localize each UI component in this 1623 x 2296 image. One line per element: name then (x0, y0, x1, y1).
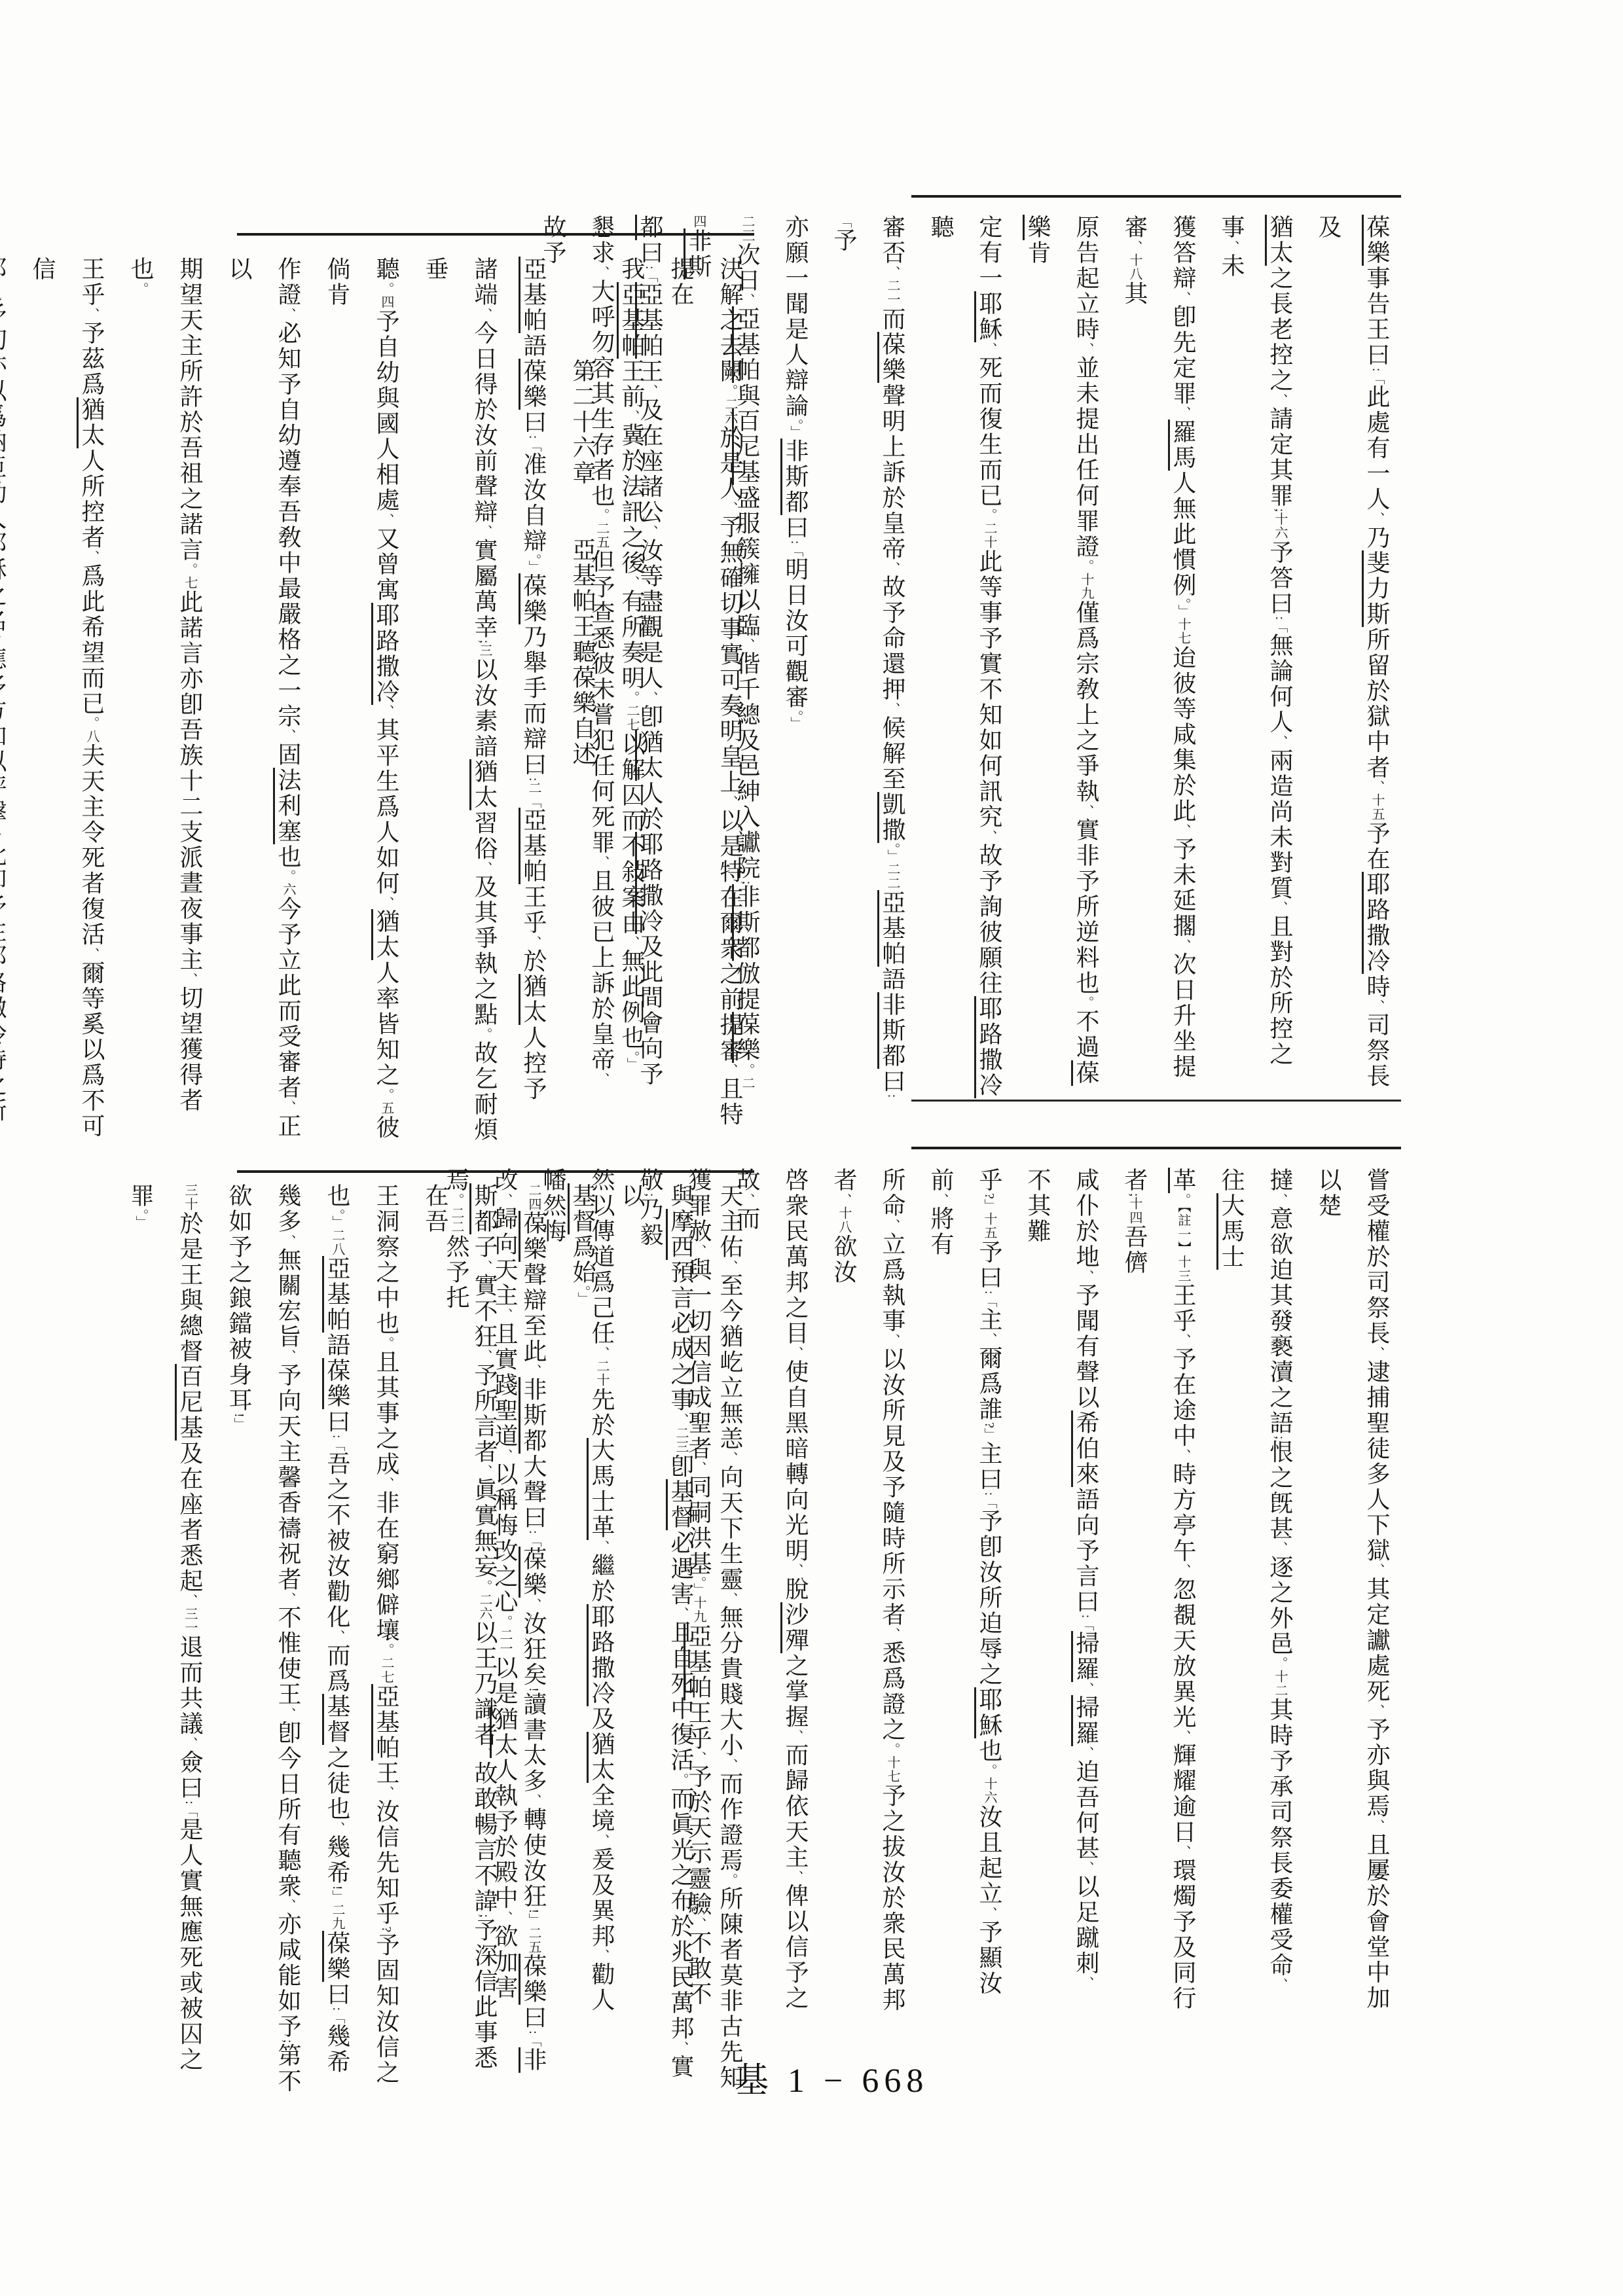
proper-name: 葆樂 (519, 359, 547, 410)
proper-name: 希伯來 (1071, 1410, 1099, 1487)
punctuation: 、 (723, 1260, 737, 1273)
punctuation: 、 (885, 266, 900, 279)
punctuation: 、 (885, 1334, 900, 1347)
proper-name: 法利塞 (273, 768, 301, 844)
proper-name: 亞基帕 (371, 1684, 399, 1761)
punctuation: ! (232, 1413, 246, 1418)
punctuation: 、 (1079, 1976, 1093, 1989)
punctuation: 、 (84, 308, 99, 321)
text-column: 嘗受權於司祭長、逮捕聖徒多人下獄、其定讞處死、予亦與焉、且屢於會堂中加以楚 (1304, 1168, 1401, 2013)
punctuation: 、 (477, 525, 492, 538)
text-column: 耶?九予初亦以爲納匝勒人耶穌之名、應多方加以抨擊;十此卽予在耶路撒冷時之所行也。 (0, 257, 18, 1143)
punctuation: 、 (788, 1346, 803, 1359)
proper-name: 非斯都 (519, 1377, 547, 1454)
text-column: 二四葆樂聲辯至此、非斯都大聲曰:「葆樂、汝狂矣!讀書太多、轉使汝狂!」二五葆樂曰… (509, 1183, 558, 2094)
punctuation: 、 (723, 501, 737, 514)
punctuation: 、 (625, 936, 639, 949)
proper-name: 沙殫 (780, 1602, 809, 1653)
punctuation: 、 (1176, 1845, 1190, 1858)
text-column: 決解之去闕。二六於是人、予無確切事實可奏明皇上、以是特在爾衆之前提審、且特提在 (656, 257, 754, 1143)
punctuation: 、 (1079, 1270, 1093, 1283)
punctuation: 。 (625, 1051, 639, 1058)
punctuation: 、 (1273, 1541, 1287, 1554)
punctuation: 」 (134, 1215, 148, 1229)
punctuation: : (885, 1094, 900, 1098)
proper-name: 耶穌 (974, 1687, 1002, 1738)
punctuation: ; (1273, 1436, 1287, 1440)
proper-name: 葆樂 (322, 1931, 350, 1982)
page-block-bottom-left: 天主佑、至今猶屹立無恙、向天下生靈、無分貴賤大小、而作證焉。所陳者莫非古先知與摩… (237, 1170, 754, 2094)
proper-name: 耶穌 (974, 291, 1002, 342)
punctuation: 、 (1176, 824, 1190, 837)
text-column: 乎?」十五予曰:「主、爾爲誰?」主曰:「予卽汝所迫辱之耶穌也。十六汝且起立、予顯… (917, 1168, 1013, 2013)
verse-number: 二二 (885, 862, 900, 889)
punctuation: ? (379, 1927, 393, 1933)
punctuation: 、 (1370, 1564, 1384, 1577)
verse-number: 十四 (1127, 1197, 1142, 1225)
punctuation: 」 (330, 1890, 344, 1903)
punctuation: 。 (788, 710, 803, 717)
punctuation: 」 (575, 1292, 590, 1305)
text-column: 欲如予之鋃鐺被身耳!」 (214, 1183, 263, 2094)
text-column: 三十於是王與總督百尼基及在座者悉起、三一退而共議、僉曰:「是人實無應死或被囚之罪… (116, 1183, 214, 2094)
text-column: 咸仆於地、予聞有聲以希伯來語向予言曰:「掃羅、掃羅、迫吾何甚、以足蹴刺、不其難 (1013, 1168, 1110, 2013)
punctuation: 、 (1370, 999, 1384, 1013)
punctuation: 。 (575, 1285, 590, 1292)
verse-number: 十 (0, 829, 1, 842)
punctuation: 、 (1079, 804, 1093, 817)
proper-name: 革 (1168, 1168, 1196, 1193)
punctuation: 「 (526, 795, 541, 808)
proper-name: 耶路撒冷 (974, 996, 1002, 1098)
punctuation: 、 (281, 1899, 295, 1912)
text-column: 審否、二一而葆樂聲明上訴於皇帝、故予命還押、候解至凱撒。」二二亞基帕語非斯都曰:… (820, 215, 917, 1100)
punctuation: 。 (788, 419, 803, 425)
proper-name: 猶太 (371, 909, 399, 960)
punctuation: 。 (477, 1028, 492, 1041)
text-column: 斯都子、實不狂、予所言者、眞實無妄。二六以王乃識者、故敢暢言不諱;予深信此事悉在… (410, 1183, 509, 2094)
punctuation: 。 (379, 282, 393, 295)
punctuation: 、 (1176, 291, 1190, 304)
verse-number: 十五 (982, 1212, 996, 1240)
punctuation: 、 (1176, 1564, 1190, 1577)
punctuation: 、 (477, 1748, 492, 1761)
punctuation: 、 (723, 1758, 737, 1771)
punctuation: ! (330, 1886, 344, 1890)
verse-number: 八 (84, 729, 99, 743)
verse-number: 六 (281, 882, 295, 896)
punctuation: 、 (674, 1413, 688, 1426)
punctuation: 。 (379, 1643, 393, 1657)
punctuation: 、 (477, 1260, 492, 1273)
punctuation: 、 (1079, 1746, 1093, 1759)
punctuation: ; (477, 1914, 492, 1918)
proper-name: 掃羅 (1071, 1631, 1099, 1682)
punctuation: 、 (723, 1452, 737, 1465)
punctuation: 、 (477, 1465, 492, 1478)
punctuation: 、 (1370, 512, 1384, 525)
punctuation: 。 (379, 1088, 393, 1101)
verse-number: 二九 (330, 1903, 344, 1930)
proper-name: 耶路撒冷 (371, 603, 399, 705)
text-column: 獲答辯、卽先定罪、羅馬人無此慣例。」十七迨彼等咸集於此、予未延擱、次日升坐提審、… (1110, 215, 1207, 1100)
proper-name: 猶太 (469, 759, 498, 810)
proper-name: 耶路撒冷 (0, 944, 7, 1047)
verse-number: 【註一】十三 (1176, 1206, 1190, 1283)
punctuation: 、 (837, 1193, 851, 1206)
punctuation: 、 (982, 342, 996, 355)
verse-number: 十八 (1127, 253, 1142, 281)
verse-number: 十六 (1273, 512, 1287, 539)
punctuation: 、 (84, 550, 99, 564)
punctuation: 、 (183, 1594, 197, 1607)
verse-number: 十七 (1176, 617, 1190, 645)
punctuation: 。 (625, 691, 639, 704)
punctuation: 、 (379, 705, 393, 718)
proper-name: 葆樂 (877, 332, 905, 383)
punctuation: 、 (885, 1219, 900, 1232)
proper-name: 摩西 (666, 1209, 694, 1260)
verse-number: 二十 (982, 522, 996, 549)
punctuation: 」 (526, 560, 541, 573)
punctuation: 、 (788, 1730, 803, 1743)
proper-name: 葆樂 (519, 573, 547, 624)
verse-number: 二 (526, 781, 541, 795)
text-column: 幾多、無關宏旨、予向天主馨香禱祝者、不惟使王、卽今日所有聽衆、亦咸能如予;第不 (263, 1183, 312, 2094)
verse-number: 十八 (837, 1206, 851, 1234)
verse-number: 二七 (625, 704, 639, 731)
punctuation: 、 (1370, 1819, 1384, 1832)
punctuation: 、 (477, 1350, 492, 1363)
proper-name: 猶太 (77, 397, 105, 448)
text-column: 亞基帕語葆樂曰:「准汝自辯。」葆樂乃舉手而辯曰:二「亞基帕王乎、於猶太人控予 (509, 257, 558, 1143)
proper-name: 斐力斯 (1362, 550, 1390, 627)
punctuation: 、 (1079, 1861, 1093, 1874)
punctuation: 、 (1273, 735, 1287, 748)
verse-number: 十五 (1370, 793, 1384, 821)
punctuation: 、 (1176, 406, 1190, 420)
proper-name: 百尼基 (175, 1364, 203, 1441)
scanned-page: 葆樂事告王曰:「此處有一人、乃斐力斯所留於獄中者、十五予在耶路撒冷時、司祭長及猶… (0, 0, 1623, 2296)
punctuation: 、 (1176, 1730, 1190, 1743)
punctuation: 「 (788, 544, 803, 557)
verse-number: 三十 (183, 1183, 197, 1211)
verse-number: 二六 (723, 397, 737, 425)
punctuation: 、 (281, 308, 295, 321)
proper-name: 亞基帕 (617, 282, 645, 359)
punctuation: 。 (84, 717, 99, 730)
punctuation: 、 (1176, 1448, 1190, 1462)
verse-number: 二八 (330, 1229, 344, 1256)
verse-number: 二四 (526, 1183, 541, 1211)
proper-name: 亞基帕 (519, 257, 547, 333)
punctuation: 。 (134, 1209, 148, 1215)
punctuation: 、 (1273, 1193, 1287, 1206)
proper-name: 葆樂 (322, 1358, 350, 1409)
text-column: 聽。四予自幼與國人相處、又曾寓耶路撒冷、其平生爲人如何、猶太人率皆知之。五彼倘肯 (312, 257, 410, 1143)
punctuation: 、 (885, 702, 900, 715)
punctuation: 。 (723, 384, 737, 397)
proper-name: 葆樂 (519, 1954, 547, 2005)
verse-number: 二五 (526, 1926, 541, 1954)
punctuation: 、 (788, 1870, 803, 1883)
punctuation: 、 (982, 1333, 996, 1346)
punctuation: ? (982, 1193, 996, 1199)
punctuation: 」 (982, 1428, 996, 1441)
punctuation: 、 (477, 308, 492, 321)
proper-name: 耶路撒冷 (1362, 872, 1390, 974)
punctuation: 、 (723, 1592, 737, 1605)
page-number: 基 1 − 668 (735, 2053, 928, 2102)
punctuation: 、 (625, 576, 639, 589)
punctuation: 」 (982, 1199, 996, 1212)
punctuation: 。 (281, 870, 295, 883)
text-column: 期望天主所許於吾祖之諾言。七此諾言亦卽吾族十二支派晝夜事主、切望獲得者也。 (116, 257, 214, 1143)
punctuation: 。 (674, 1773, 688, 1786)
punctuation: 、 (379, 513, 393, 526)
verse-number: 二七 (379, 1656, 393, 1683)
punctuation: 、 (183, 973, 197, 986)
punctuation: 」 (526, 1913, 541, 1926)
verse-number: 十六 (982, 1777, 996, 1804)
punctuation: 、 (1079, 342, 1093, 355)
punctuation: 、 (281, 1101, 295, 1114)
punctuation: 「 (526, 2034, 541, 2047)
punctuation: 。 (1273, 1657, 1287, 1670)
text-column: 所命、立爲執事、以汝所見及予隨時所示者、悉爲證之。十七予之拔汝於衆民萬邦者、十八… (820, 1168, 917, 2013)
proper-name: 葆樂 (519, 1547, 547, 1598)
verse-number: 三 (477, 643, 492, 657)
text-column: 王乎、予茲爲猶太人所控者、爲此希望而已。八夫天主令死者復活、爾等奚以爲不可信 (18, 257, 116, 1143)
punctuation: 。 (134, 282, 148, 295)
punctuation: 、 (788, 1564, 803, 1577)
punctuation: 、 (674, 2041, 688, 2054)
punctuation: 。 (1176, 1193, 1190, 1206)
punctuation: 、 (1273, 1978, 1287, 1991)
punctuation: 、 (1370, 780, 1384, 793)
punctuation: 」 (232, 1418, 246, 1431)
verse-number: 二六 (477, 1592, 492, 1620)
proper-name: 納匝勒 (0, 429, 7, 506)
punctuation: 、 (1273, 393, 1287, 406)
punctuation: 。 (526, 554, 541, 560)
punctuation: 「 (330, 1439, 344, 1452)
punctuation: 「 (1370, 372, 1384, 385)
punctuation: 、 (379, 1786, 393, 1799)
text-column: 基督爲始。」 (558, 1183, 607, 2094)
proper-name: 亞基帕 (519, 808, 547, 884)
punctuation: 、 (1224, 240, 1239, 253)
proper-name: 葆樂 (1362, 215, 1390, 266)
proper-name: 非斯都 (780, 439, 809, 515)
punctuation: 、 (1176, 1334, 1190, 1347)
verse-number: 二一 (885, 279, 900, 306)
punctuation: 、 (674, 1607, 688, 1620)
punctuation: ? (982, 1422, 996, 1428)
punctuation: 、 (281, 1234, 295, 1247)
punctuation: 、 (1273, 901, 1287, 914)
verse-number: 九 (0, 288, 1, 302)
punctuation: 、 (0, 634, 1, 647)
proper-name: 亞基帕 (322, 1256, 350, 1333)
punctuation: 、 (1370, 1704, 1384, 1717)
punctuation: 、 (183, 1736, 197, 1749)
punctuation: 。 (330, 1209, 344, 1215)
punctuation: 「 (837, 215, 851, 228)
proper-name: 掃羅 (1071, 1695, 1099, 1746)
punctuation: 、 (379, 1477, 393, 1490)
text-column: 撻、意欲迫其發褻瀆之語;恨之旣甚、逐之外邑。十二其時予承司祭長委權受命、往大馬士 (1207, 1168, 1304, 2013)
punctuation: 、 (723, 1064, 737, 1077)
page-block-top-right: 葆樂事告王曰:「此處有一人、乃斐力斯所留於獄中者、十五予在耶路撒冷時、司祭長及猶… (911, 195, 1401, 1102)
punctuation: 、 (723, 795, 737, 808)
punctuation: 、 (281, 1350, 295, 1363)
text-column: 原告起立時、並未提出任何罪證。十九僅爲宗敎上之爭執、實非予所逆料也。不過葆樂肯 (1013, 215, 1110, 1100)
punctuation: 。 (982, 509, 996, 522)
punctuation: 。 (885, 843, 900, 850)
proper-name: 凱撒 (877, 792, 905, 843)
text-column: 猶太之長老控之、請定其罪;十六予答曰:「無論何人、兩造尚未對質、且對於所控之事、… (1207, 215, 1304, 1100)
proper-name: 猶太 (1265, 215, 1293, 266)
punctuation: 。 (477, 1579, 492, 1592)
punctuation: 、 (281, 729, 295, 742)
punctuation: 、 (526, 935, 541, 948)
verse-number: 七 (183, 576, 197, 590)
punctuation: 。 (183, 563, 197, 576)
punctuation: 、 (982, 1907, 996, 1920)
punctuation: 。 (1079, 560, 1093, 573)
verse-number: 三一 (183, 1607, 197, 1634)
verse-number: 十九 (1079, 573, 1093, 600)
proper-name: 基督 (322, 1694, 350, 1745)
punctuation: 」 (788, 717, 803, 730)
punctuation: 「 (330, 2011, 344, 2024)
punctuation: 「 (526, 1534, 541, 1547)
proper-name: 斯都 (469, 1183, 498, 1234)
punctuation: 、 (281, 1592, 295, 1605)
text-column: 亦願一聞是人辯論。」非斯都曰:「明日汝可觀審。」 (771, 215, 820, 1100)
punctuation: ! (526, 1687, 541, 1692)
punctuation: 。 (885, 1742, 900, 1755)
punctuation: 「 (1079, 1618, 1093, 1631)
punctuation: 」 (885, 850, 900, 863)
punctuation: 「 (982, 1496, 996, 1509)
punctuation: ; (281, 2039, 295, 2043)
punctuation: 。 (723, 1873, 737, 1886)
punctuation: 、 (1370, 1346, 1384, 1359)
punctuation: 、 (477, 861, 492, 874)
punctuation: 、 (625, 410, 639, 423)
proper-name: 耶穌 (0, 531, 7, 583)
punctuation: 。 (1079, 996, 1093, 1009)
page-block-bottom-right: 嘗受權於司祭長、逮捕聖徒多人下獄、其定讞處死、予亦與焉、且屢於會堂中加以楚撻、意… (911, 1147, 1401, 2013)
verse-number: 二三 (674, 1426, 688, 1454)
punctuation: 、 (934, 1193, 948, 1206)
text-column: 葆樂事告王曰:「此處有一人、乃斐力斯所留於獄中者、十五予在耶路撒冷時、司祭長及 (1304, 215, 1401, 1100)
text-column: 革。【註一】十三王乎、予在途中、時方亭午、忽覩天放異光、輝耀逾日、環燭予及同行者… (1110, 1168, 1207, 2013)
proper-name: 大馬士 (1216, 1193, 1245, 1270)
text-column: 我亞基帕王前、冀於法訊之後、有所奏明。二七以解囚而不敍案由、無此例也。」 (607, 257, 656, 1143)
punctuation: 」 (1176, 605, 1190, 618)
text-column: 諸端、今日得於汝前聲辯、實屬萬幸;三以汝素諳猶太習俗、及其爭執之點。故乞耐煩垂 (410, 257, 509, 1143)
proper-name: 基督 (666, 1479, 694, 1530)
proper-name: 葆樂 (519, 1211, 547, 1262)
proper-name: 亞基帕 (877, 890, 905, 967)
verse-number: 十二 (1273, 1670, 1287, 1697)
punctuation: 、 (379, 897, 393, 910)
punctuation: 。 (379, 1336, 393, 1350)
punctuation: 「 (183, 1804, 197, 1818)
punctuation: 、 (526, 1794, 541, 1807)
proper-name: 非 (519, 2047, 547, 2073)
punctuation: 、 (885, 1628, 900, 1641)
text-column: 定有一耶穌、死而復生而已。二十此等事予實不知如何訊究、故予詢彼願往耶路撒冷聽 (917, 215, 1013, 1100)
punctuation: ? (0, 282, 1, 288)
punctuation: 「 (526, 439, 541, 452)
text-column: 與摩西預言必成之事、二三卽基督必遇害、且自死中復活。而眞光之布於兆民萬邦、實以 (607, 1183, 705, 2094)
punctuation: 、 (1127, 240, 1142, 253)
punctuation: 、 (281, 1707, 295, 1720)
punctuation: 、 (526, 1364, 541, 1377)
page-block-top-left: 決解之去闕。二六於是人、予無確切事實可奏明皇上、以是特在爾衆之前提審、且特提在我… (237, 233, 754, 1143)
punctuation: 、 (1079, 1682, 1093, 1695)
proper-name: 羅馬 (1168, 420, 1196, 471)
verse-number: 四 (379, 295, 393, 309)
punctuation: 「 (1273, 620, 1287, 633)
verse-number: 五 (379, 1101, 393, 1115)
punctuation: 、 (84, 948, 99, 961)
text-column: 也。」二八亞基帕語葆樂曰:「吾之不被汝勸化、而爲基督之徒也、幾希!」二九葆樂曰:… (312, 1183, 361, 2094)
punctuation: 」 (330, 1215, 344, 1229)
punctuation: 、 (885, 562, 900, 575)
punctuation: 「 (982, 1294, 996, 1307)
punctuation: 。 (1176, 598, 1190, 605)
proper-name: 基督 (568, 1183, 596, 1234)
verse-number: 十七 (885, 1755, 900, 1783)
text-column: 作證、必知予自幼遵奉吾敎中最嚴格之一宗、固法利塞也。六今予立此而受審者、正以 (214, 257, 312, 1143)
punctuation: 、 (330, 1630, 344, 1643)
punctuation: 、 (330, 1821, 344, 1835)
punctuation: 」 (788, 425, 803, 439)
text-column: 王洞察之中也。且其事之成、非在窮鄉僻壤。二七亞基帕王、汝信先知乎?予固知汝信之 (361, 1183, 410, 2094)
punctuation: 、 (982, 830, 996, 843)
proper-name: 非斯都 (877, 992, 905, 1069)
punctuation: 」 (625, 1057, 639, 1070)
punctuation: 、 (1176, 939, 1190, 952)
punctuation: 、 (526, 1598, 541, 1611)
text-column: 天主佑、至今猶屹立無恙、向天下生靈、無分貴賤大小、而作證焉。所陳者莫非古先知 (705, 1183, 754, 2094)
punctuation: 。 (982, 1764, 996, 1777)
chapter-heading-column: 第二十六章 亞基帕王聽葆樂自述 (558, 257, 607, 1143)
proper-name: 猶太 (519, 974, 547, 1025)
